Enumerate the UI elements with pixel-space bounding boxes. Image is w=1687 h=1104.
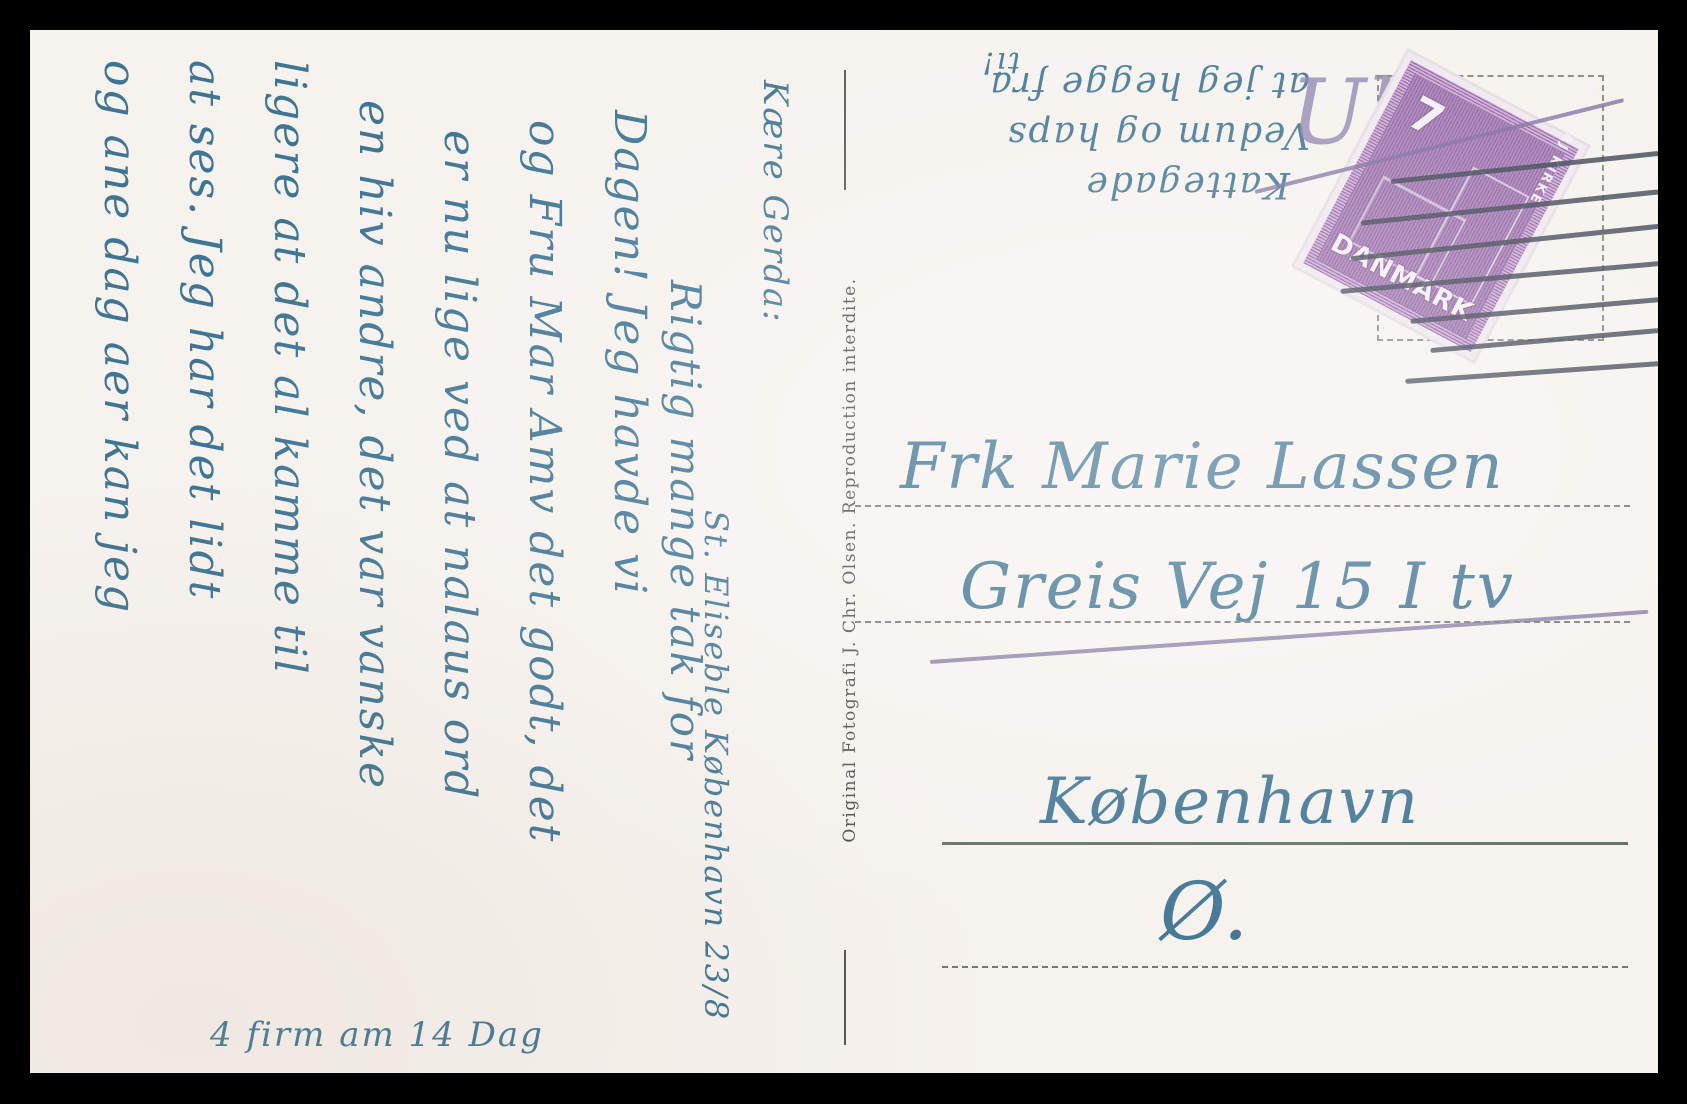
forwarding-line-4: ti! — [980, 45, 1020, 80]
stamp-value: 7 — [1399, 85, 1453, 148]
message-footer: 4 firm am 14 Dag — [210, 1015, 544, 1055]
message-line-7: at ses. Jeg har det lidt — [179, 60, 230, 600]
divider-line-top — [844, 70, 846, 190]
forwarding-line-3: at jeg hegge fra — [988, 64, 1310, 105]
message-line-4: er nu lige ved at nalaus ord — [434, 130, 485, 800]
message-line-8: og ane dag aer kan jeg — [94, 60, 145, 614]
message-line-6: ligere at det al kamme til — [264, 60, 315, 676]
forwarding-line-2: Vedum og haps — [1006, 114, 1310, 155]
message-greeting: Kære Gerda: — [755, 80, 795, 324]
message-line-5: en hiv andre, det var vanske — [349, 100, 400, 790]
address-rule-1 — [855, 505, 1630, 507]
address-line-4: Ø. — [1160, 865, 1250, 958]
divider-line-bottom — [844, 950, 846, 1045]
printed-divider: Original Fotografi J. Chr. Olsen. Reprod… — [830, 70, 860, 1045]
address-rule-4 — [942, 966, 1628, 968]
postcard: Kære Gerda: St. Eliseble København 23/8 … — [30, 30, 1658, 1073]
address-rule-2 — [855, 621, 1630, 623]
address-line-2: Greis Vej 15 I tv — [960, 550, 1515, 624]
printed-credit: Original Fotografi J. Chr. Olsen. Reprod… — [840, 180, 860, 940]
message-line-2: Dagen! Jeg havde vi — [604, 110, 655, 596]
forwarding-note: Kattegade Vedum og haps at jeg hegge fra… — [900, 40, 1320, 210]
address-rule-3 — [942, 842, 1628, 845]
message-line-1: Rigtig mange tak for — [661, 280, 710, 761]
address-line-3: København — [1040, 765, 1420, 839]
cancel-line — [1405, 361, 1658, 384]
forwarding-line-1: Kattegade — [1085, 164, 1290, 205]
message-line-3: og Fru Mar Amv det godt, det — [519, 120, 570, 843]
address-line-1: Frk Marie Lassen — [900, 430, 1505, 504]
